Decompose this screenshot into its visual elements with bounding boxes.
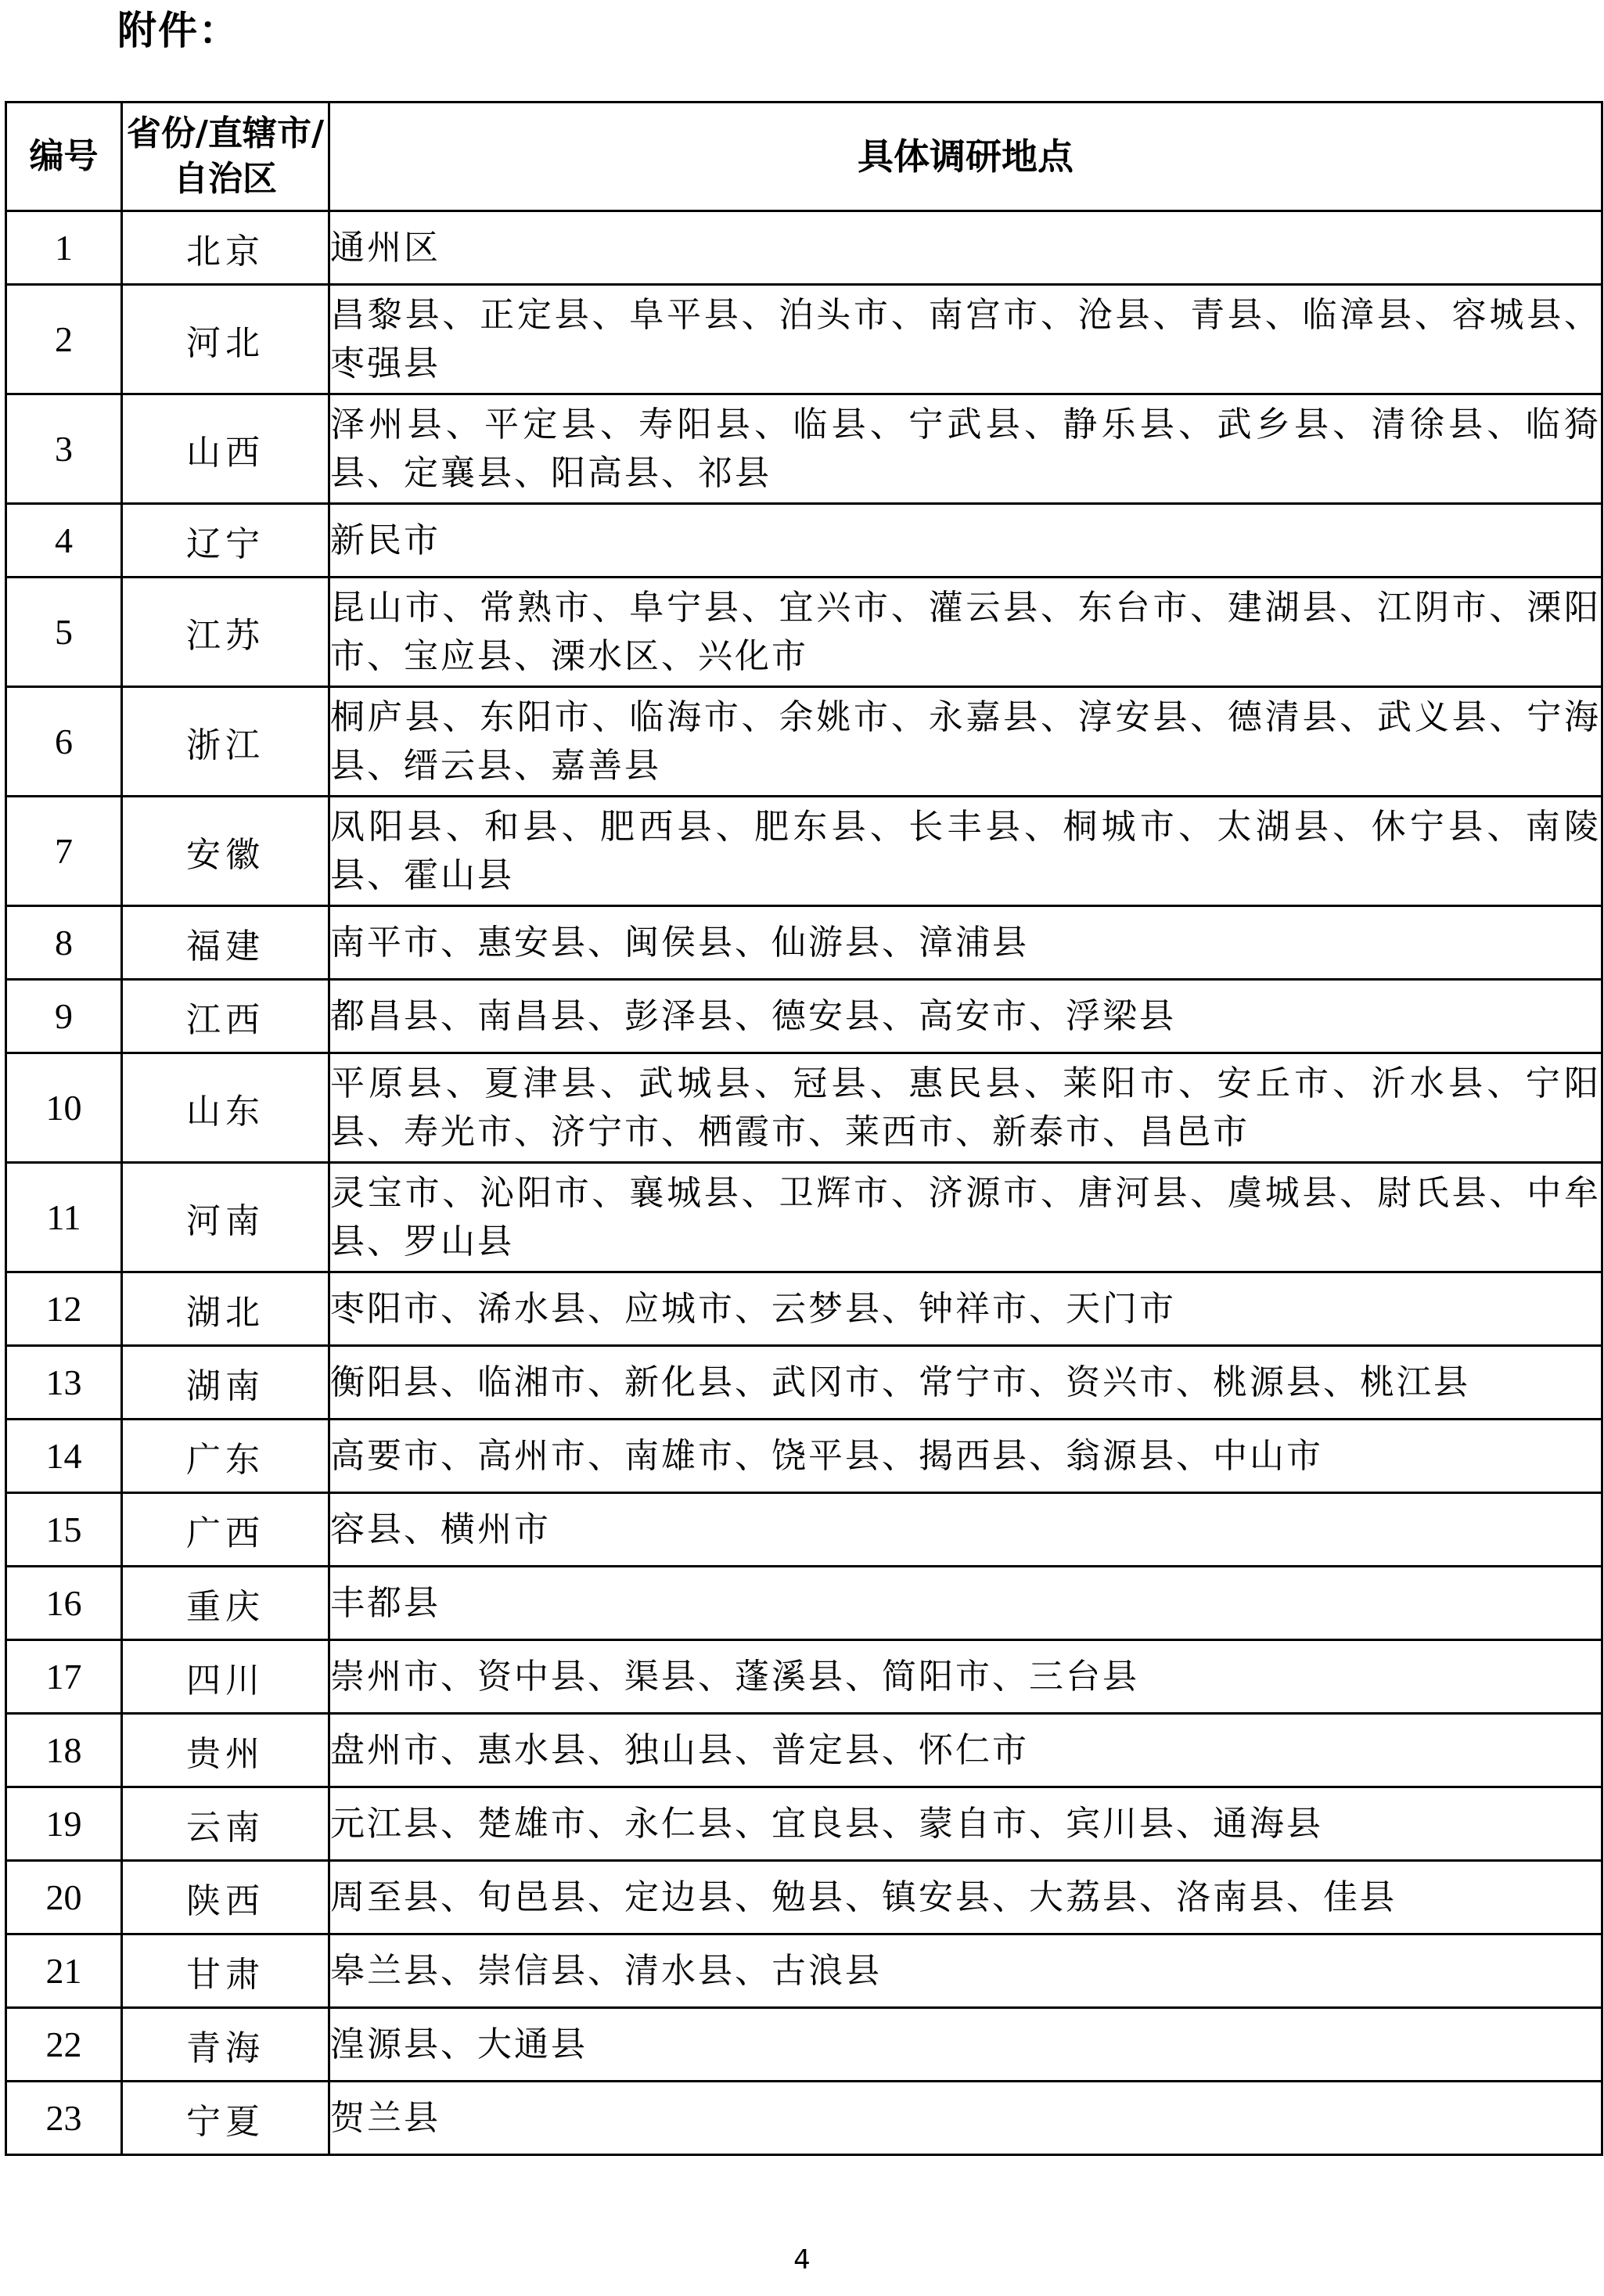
row-locations: 都昌县、南昌县、彭泽县、德安县、高安市、浮梁县 (329, 980, 1602, 1053)
row-province: 广东 (122, 1420, 329, 1493)
row-province: 河南 (122, 1163, 329, 1272)
table-row: 4 辽宁 新民市 (6, 504, 1602, 578)
row-locations: 贺兰县 (329, 2082, 1602, 2155)
table-row: 19 云南 元江县、楚雄市、永仁县、宜良县、蒙自市、宾川县、通海县 (6, 1787, 1602, 1861)
header-locations: 具体调研地点 (329, 103, 1602, 211)
table-row: 22 青海 湟源县、大通县 (6, 2008, 1602, 2082)
row-number: 8 (6, 906, 122, 980)
header-province: 省份/直辖市/自治区 (122, 103, 329, 211)
table-row: 6 浙江 桐庐县、东阳市、临海市、余姚市、永嘉县、淳安县、德清县、武义县、宁海县… (6, 687, 1602, 797)
row-locations: 崇州市、资中县、渠县、蓬溪县、简阳市、三台县 (329, 1640, 1602, 1714)
row-number: 11 (6, 1163, 122, 1272)
row-province: 北京 (122, 211, 329, 285)
row-number: 13 (6, 1346, 122, 1420)
row-province: 江西 (122, 980, 329, 1053)
table-row: 1 北京 通州区 (6, 211, 1602, 285)
row-province: 宁夏 (122, 2082, 329, 2155)
row-number: 15 (6, 1493, 122, 1567)
row-locations: 灵宝市、沁阳市、襄城县、卫辉市、济源市、唐河县、虞城县、尉氏县、中牟县、罗山县 (329, 1163, 1602, 1272)
row-locations: 昆山市、常熟市、阜宁县、宜兴市、灌云县、东台市、建湖县、江阴市、溧阳市、宝应县、… (329, 578, 1602, 687)
row-number: 23 (6, 2082, 122, 2155)
table-row: 11 河南 灵宝市、沁阳市、襄城县、卫辉市、济源市、唐河县、虞城县、尉氏县、中牟… (6, 1163, 1602, 1272)
row-number: 5 (6, 578, 122, 687)
row-locations: 衡阳县、临湘市、新化县、武冈市、常宁市、资兴市、桃源县、桃江县 (329, 1346, 1602, 1420)
row-number: 17 (6, 1640, 122, 1714)
row-province: 陕西 (122, 1861, 329, 1934)
row-number: 6 (6, 687, 122, 797)
row-province: 安徽 (122, 797, 329, 906)
row-province: 辽宁 (122, 504, 329, 578)
row-province: 山东 (122, 1053, 329, 1163)
table-row: 10 山东 平原县、夏津县、武城县、冠县、惠民县、莱阳市、安丘市、沂水县、宁阳县… (6, 1053, 1602, 1163)
row-province: 福建 (122, 906, 329, 980)
row-province: 湖南 (122, 1346, 329, 1420)
row-number: 19 (6, 1787, 122, 1861)
survey-locations-table: 编号 省份/直辖市/自治区 具体调研地点 1 北京 通州区 2 河北 昌黎县、正… (5, 101, 1603, 2156)
table-header-row: 编号 省份/直辖市/自治区 具体调研地点 (6, 103, 1602, 211)
row-number: 18 (6, 1714, 122, 1787)
table-row: 5 江苏 昆山市、常熟市、阜宁县、宜兴市、灌云县、东台市、建湖县、江阴市、溧阳市… (6, 578, 1602, 687)
row-locations: 元江县、楚雄市、永仁县、宜良县、蒙自市、宾川县、通海县 (329, 1787, 1602, 1861)
table-row: 2 河北 昌黎县、正定县、阜平县、泊头市、南宫市、沧县、青县、临漳县、容城县、枣… (6, 285, 1602, 394)
row-locations: 凤阳县、和县、肥西县、肥东县、长丰县、桐城市、太湖县、休宁县、南陵县、霍山县 (329, 797, 1602, 906)
row-province: 四川 (122, 1640, 329, 1714)
row-number: 12 (6, 1272, 122, 1346)
row-locations: 容县、横州市 (329, 1493, 1602, 1567)
header-number: 编号 (6, 103, 122, 211)
row-locations: 新民市 (329, 504, 1602, 578)
table-row: 9 江西 都昌县、南昌县、彭泽县、德安县、高安市、浮梁县 (6, 980, 1602, 1053)
row-locations: 皋兰县、崇信县、清水县、古浪县 (329, 1934, 1602, 2008)
row-locations: 平原县、夏津县、武城县、冠县、惠民县、莱阳市、安丘市、沂水县、宁阳县、寿光市、济… (329, 1053, 1602, 1163)
row-number: 3 (6, 394, 122, 504)
row-locations: 通州区 (329, 211, 1602, 285)
row-province: 山西 (122, 394, 329, 504)
table-row: 7 安徽 凤阳县、和县、肥西县、肥东县、长丰县、桐城市、太湖县、休宁县、南陵县、… (6, 797, 1602, 906)
table-row: 14 广东 高要市、高州市、南雄市、饶平县、揭西县、翁源县、中山市 (6, 1420, 1602, 1493)
table-row: 12 湖北 枣阳市、浠水县、应城市、云梦县、钟祥市、天门市 (6, 1272, 1602, 1346)
row-locations: 湟源县、大通县 (329, 2008, 1602, 2082)
row-number: 4 (6, 504, 122, 578)
attachment-title: 附件： (117, 3, 239, 58)
row-number: 16 (6, 1567, 122, 1640)
row-number: 1 (6, 211, 122, 285)
row-number: 9 (6, 980, 122, 1053)
row-number: 22 (6, 2008, 122, 2082)
row-province: 重庆 (122, 1567, 329, 1640)
table-row: 23 宁夏 贺兰县 (6, 2082, 1602, 2155)
row-locations: 南平市、惠安县、闽侯县、仙游县、漳浦县 (329, 906, 1602, 980)
row-province: 江苏 (122, 578, 329, 687)
row-province: 甘肃 (122, 1934, 329, 2008)
row-locations: 泽州县、平定县、寿阳县、临县、宁武县、静乐县、武乡县、清徐县、临猗县、定襄县、阳… (329, 394, 1602, 504)
row-locations: 盘州市、惠水县、独山县、普定县、怀仁市 (329, 1714, 1602, 1787)
row-province: 广西 (122, 1493, 329, 1567)
row-province: 青海 (122, 2008, 329, 2082)
row-number: 10 (6, 1053, 122, 1163)
row-number: 7 (6, 797, 122, 906)
row-province: 云南 (122, 1787, 329, 1861)
table-row: 20 陕西 周至县、旬邑县、定边县、勉县、镇安县、大荔县、洛南县、佳县 (6, 1861, 1602, 1934)
table-row: 17 四川 崇州市、资中县、渠县、蓬溪县、简阳市、三台县 (6, 1640, 1602, 1714)
row-number: 21 (6, 1934, 122, 2008)
row-locations: 枣阳市、浠水县、应城市、云梦县、钟祥市、天门市 (329, 1272, 1602, 1346)
row-province: 贵州 (122, 1714, 329, 1787)
row-locations: 桐庐县、东阳市、临海市、余姚市、永嘉县、淳安县、德清县、武义县、宁海县、缙云县、… (329, 687, 1602, 797)
page-number: 4 (0, 2244, 1604, 2276)
table-row: 15 广西 容县、横州市 (6, 1493, 1602, 1567)
row-locations: 丰都县 (329, 1567, 1602, 1640)
table-row: 13 湖南 衡阳县、临湘市、新化县、武冈市、常宁市、资兴市、桃源县、桃江县 (6, 1346, 1602, 1420)
table-row: 18 贵州 盘州市、惠水县、独山县、普定县、怀仁市 (6, 1714, 1602, 1787)
row-province: 河北 (122, 285, 329, 394)
table-row: 21 甘肃 皋兰县、崇信县、清水县、古浪县 (6, 1934, 1602, 2008)
row-locations: 高要市、高州市、南雄市、饶平县、揭西县、翁源县、中山市 (329, 1420, 1602, 1493)
row-locations: 周至县、旬邑县、定边县、勉县、镇安县、大荔县、洛南县、佳县 (329, 1861, 1602, 1934)
row-province: 湖北 (122, 1272, 329, 1346)
row-number: 2 (6, 285, 122, 394)
table-row: 16 重庆 丰都县 (6, 1567, 1602, 1640)
row-province: 浙江 (122, 687, 329, 797)
row-number: 20 (6, 1861, 122, 1934)
table-row: 8 福建 南平市、惠安县、闽侯县、仙游县、漳浦县 (6, 906, 1602, 980)
table-row: 3 山西 泽州县、平定县、寿阳县、临县、宁武县、静乐县、武乡县、清徐县、临猗县、… (6, 394, 1602, 504)
row-number: 14 (6, 1420, 122, 1493)
row-locations: 昌黎县、正定县、阜平县、泊头市、南宫市、沧县、青县、临漳县、容城县、枣强县 (329, 285, 1602, 394)
